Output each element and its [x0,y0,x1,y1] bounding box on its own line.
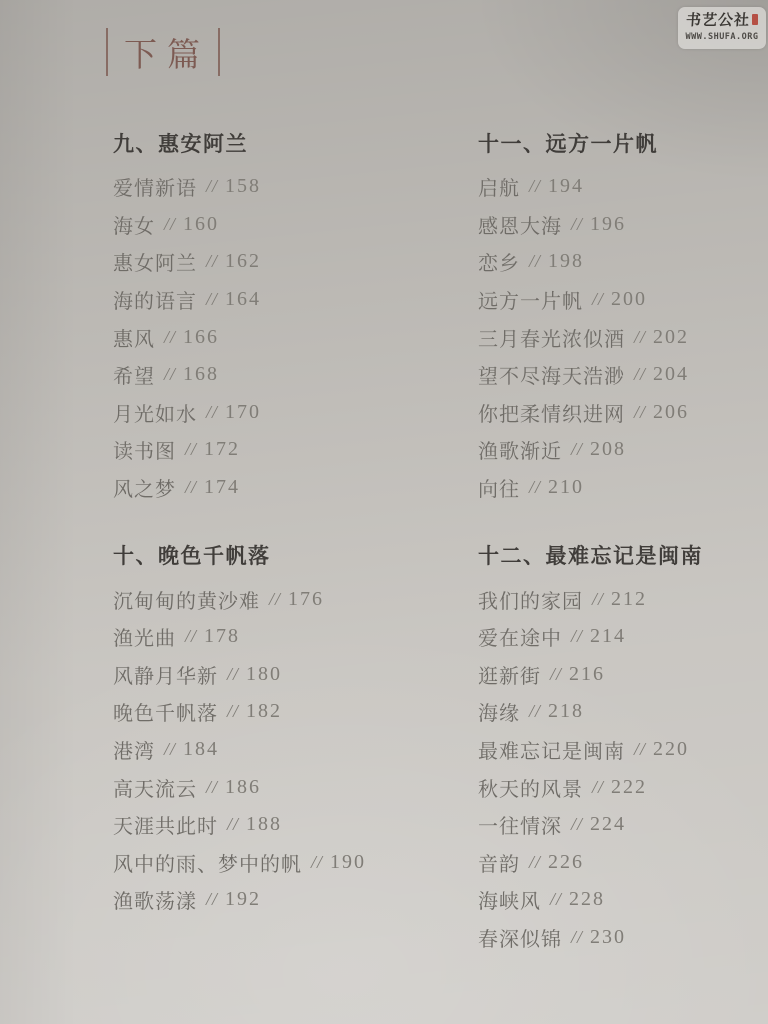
toc-entry: 风之梦//174 [113,469,473,507]
entry-separator: // [206,777,218,798]
entry-separator: // [529,176,541,197]
entry-separator: // [164,739,176,760]
entry-page-number: 208 [590,438,626,461]
entry-separator: // [185,626,197,647]
toc-entry: 海缘//218 [478,693,768,731]
entry-title: 沉甸甸的黄沙难 [113,585,260,614]
entry-separator: // [571,927,583,948]
entry-title: 我们的家园 [478,585,583,614]
entry-page-number: 226 [548,851,584,874]
entry-separator: // [185,439,197,460]
toc-entry: 向往//210 [478,469,768,507]
entry-title: 三月春光浓似酒 [478,323,625,352]
toc-entry: 春深似锦//230 [478,919,768,957]
entry-page-number: 228 [569,888,605,911]
entry-page-number: 162 [225,250,261,273]
entry-title: 爱情新语 [113,172,197,201]
entry-title: 最难忘记是闽南 [478,735,625,764]
entry-page-number: 210 [548,476,584,499]
entry-title: 晚色千帆落 [113,697,218,726]
toc-entry: 感恩大海//196 [478,206,768,244]
entry-page-number: 216 [569,663,605,686]
toc-entry: 惠风//166 [113,318,473,356]
toc-entry: 你把柔情织进网//206 [478,394,768,432]
entry-title: 感恩大海 [478,210,562,239]
toc-entry: 高天流云//186 [113,768,473,806]
toc-entry: 爱情新语//158 [113,168,473,206]
entry-title: 读书图 [113,435,176,464]
entry-separator: // [185,477,197,498]
entry-separator: // [206,251,218,272]
section-title: 十二、最难忘记是闽南 [478,542,768,572]
entry-page-number: 186 [225,776,261,799]
toc-section: 十二、最难忘记是闽南我们的家园//212爱在途中//214逛新街//216海缘/… [478,542,768,956]
entry-title: 一往情深 [478,810,562,839]
toc-column-left: 九、惠安阿兰爱情新语//158海女//160惠女阿兰//162海的语言//164… [113,130,473,919]
entry-separator: // [529,477,541,498]
entry-separator: // [634,364,646,385]
toc-entry: 最难忘记是闽南//220 [478,731,768,769]
entry-separator: // [227,814,239,835]
entry-title: 渔歌渐近 [478,435,562,464]
entry-separator: // [206,402,218,423]
entry-separator: // [206,176,218,197]
toc-entry: 海女//160 [113,206,473,244]
section-title: 九、惠安阿兰 [113,130,473,160]
entry-page-number: 218 [548,700,584,723]
toc-entry: 远方一片帆//200 [478,281,768,319]
entry-separator: // [227,664,239,685]
part-label-right-bar [218,28,220,76]
entry-page-number: 202 [653,326,689,349]
toc-entry: 启航//194 [478,168,768,206]
entry-title: 渔歌荡漾 [113,885,197,914]
entry-page-number: 222 [611,776,647,799]
entry-title: 海缘 [478,697,520,726]
entry-page-number: 194 [548,175,584,198]
entry-title: 天涯共此时 [113,810,218,839]
toc-entry: 爱在途中//214 [478,618,768,656]
watermark-url: WWW.SHUFA.ORG [678,32,766,42]
entry-page-number: 168 [183,363,219,386]
entry-separator: // [311,852,323,873]
part-label: 下篇 [106,28,220,76]
entry-title: 惠女阿兰 [113,247,197,276]
entry-page-number: 170 [225,401,261,424]
toc-section: 十、晚色千帆落沉甸甸的黄沙难//176渔光曲//178风静月华新//180晚色千… [113,542,473,918]
entry-title: 风静月华新 [113,660,218,689]
entry-separator: // [634,402,646,423]
entry-title: 风之梦 [113,473,176,502]
toc-entry: 音韵//226 [478,844,768,882]
book-toc-page: 下篇 书艺公社 WWW.SHUFA.ORG 九、惠安阿兰爱情新语//158海女/… [0,0,768,1024]
entry-title: 秋天的风景 [478,773,583,802]
entry-title: 爱在途中 [478,622,562,651]
entry-page-number: 174 [204,476,240,499]
entry-title: 港湾 [113,735,155,764]
toc-entry: 渔光曲//178 [113,618,473,656]
entry-title: 渔光曲 [113,622,176,651]
entry-title: 高天流云 [113,773,197,802]
entry-page-number: 200 [611,288,647,311]
red-seal-icon [752,14,758,25]
entry-page-number: 224 [590,813,626,836]
entry-page-number: 230 [590,926,626,949]
entry-title: 风中的雨、梦中的帆 [113,848,302,877]
entry-separator: // [550,664,562,685]
entry-separator: // [571,814,583,835]
entry-separator: // [634,739,646,760]
toc-entry: 沉甸甸的黄沙难//176 [113,580,473,618]
toc-entry: 读书图//172 [113,431,473,469]
entry-page-number: 164 [225,288,261,311]
entry-title: 海的语言 [113,285,197,314]
entry-title: 恋乡 [478,247,520,276]
entry-page-number: 198 [548,250,584,273]
entry-separator: // [529,251,541,272]
part-label-left-bar [106,28,108,76]
entry-page-number: 172 [204,438,240,461]
entry-separator: // [571,626,583,647]
entry-separator: // [529,701,541,722]
section-title: 十一、远方一片帆 [478,130,768,160]
entry-page-number: 190 [330,851,366,874]
toc-section: 九、惠安阿兰爱情新语//158海女//160惠女阿兰//162海的语言//164… [113,130,473,506]
entry-title: 海女 [113,210,155,239]
entry-title: 惠风 [113,323,155,352]
entry-separator: // [206,289,218,310]
entry-page-number: 214 [590,625,626,648]
entry-title: 你把柔情织进网 [478,398,625,427]
entry-separator: // [529,852,541,873]
entry-page-number: 182 [246,700,282,723]
entry-title: 月光如水 [113,398,197,427]
toc-entry: 渔歌渐近//208 [478,431,768,469]
toc-entry: 惠女阿兰//162 [113,243,473,281]
entry-title: 望不尽海天浩渺 [478,360,625,389]
entry-page-number: 158 [225,175,261,198]
entry-page-number: 160 [183,213,219,236]
part-label-text: 下篇 [108,29,218,76]
entry-separator: // [592,589,604,610]
entry-title: 启航 [478,172,520,201]
entry-title: 海峡风 [478,885,541,914]
entry-page-number: 192 [225,888,261,911]
entry-page-number: 220 [653,738,689,761]
toc-column-right: 十一、远方一片帆启航//194感恩大海//196恋乡//198远方一片帆//20… [478,130,768,956]
entry-title: 逛新街 [478,660,541,689]
entry-title: 远方一片帆 [478,285,583,314]
entry-separator: // [571,214,583,235]
section-title: 十、晚色千帆落 [113,542,473,572]
entry-page-number: 176 [288,588,324,611]
entry-page-number: 196 [590,213,626,236]
entry-separator: // [206,889,218,910]
toc-entry: 海的语言//164 [113,281,473,319]
entry-title: 音韵 [478,848,520,877]
entry-page-number: 180 [246,663,282,686]
entry-separator: // [592,777,604,798]
entry-separator: // [164,214,176,235]
toc-section: 十一、远方一片帆启航//194感恩大海//196恋乡//198远方一片帆//20… [478,130,768,506]
watermark-site-name: 书艺公社 [685,9,750,30]
entry-page-number: 184 [183,738,219,761]
toc-entry: 恋乡//198 [478,243,768,281]
toc-entry: 我们的家园//212 [478,580,768,618]
entry-separator: // [592,289,604,310]
site-watermark: 书艺公社 WWW.SHUFA.ORG [678,7,766,49]
toc-entry: 秋天的风景//222 [478,768,768,806]
toc-entry: 望不尽海天浩渺//204 [478,356,768,394]
entry-title: 希望 [113,360,155,389]
toc-entry: 港湾//184 [113,731,473,769]
entry-title: 春深似锦 [478,923,562,952]
toc-entry: 希望//168 [113,356,473,394]
entry-page-number: 178 [204,625,240,648]
entry-page-number: 206 [653,401,689,424]
entry-separator: // [227,701,239,722]
entry-separator: // [571,439,583,460]
entry-separator: // [550,889,562,910]
toc-entry: 逛新街//216 [478,656,768,694]
entry-page-number: 188 [246,813,282,836]
entry-separator: // [634,327,646,348]
entry-page-number: 204 [653,363,689,386]
toc-entry: 晚色千帆落//182 [113,693,473,731]
toc-entry: 风静月华新//180 [113,656,473,694]
entry-separator: // [164,327,176,348]
toc-entry: 一往情深//224 [478,806,768,844]
toc-entry: 风中的雨、梦中的帆//190 [113,844,473,882]
toc-entry: 海峡风//228 [478,881,768,919]
entry-separator: // [269,589,281,610]
toc-entry: 三月春光浓似酒//202 [478,318,768,356]
toc-entry: 月光如水//170 [113,394,473,432]
entry-page-number: 166 [183,326,219,349]
toc-entry: 渔歌荡漾//192 [113,881,473,919]
toc-entry: 天涯共此时//188 [113,806,473,844]
entry-title: 向往 [478,473,520,502]
entry-page-number: 212 [611,588,647,611]
entry-separator: // [164,364,176,385]
